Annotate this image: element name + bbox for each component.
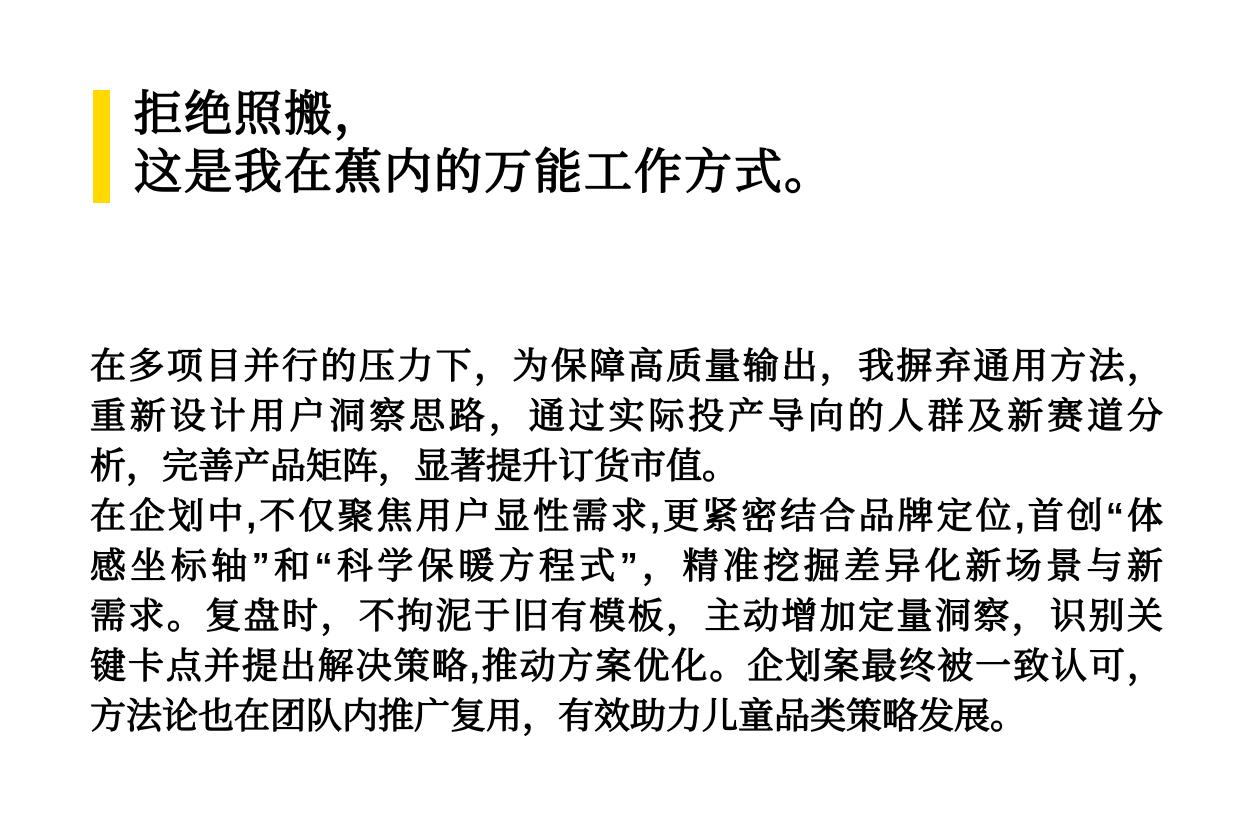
body-line-2: 重新设计用户洞察思路，通过实际投产导向的人群及新赛道分: [90, 391, 1163, 441]
page-title: 拒绝照搬， 这是我在蕉内的万能工作方式。: [134, 86, 834, 202]
body-line-5: 感坐标轴”和“科学保暖方程式”，精准挖掘差异化新场景与新: [90, 541, 1163, 591]
body-line-8: 方法论也在团队内推广复用，有效助力儿童品类策略发展。: [90, 691, 1163, 741]
accent-bar: [93, 90, 110, 203]
body-line-6: 需求。复盘时，不拘泥于旧有模板，主动增加定量洞察，识别关: [90, 591, 1163, 641]
slide-page: 拒绝照搬， 这是我在蕉内的万能工作方式。 在多项目并行的压力下，为保障高质量输出…: [0, 0, 1250, 833]
page-title-line-2: 这是我在蕉内的万能工作方式。: [134, 144, 834, 202]
body-line-3: 析，完善产品矩阵，显著提升订货市值。: [90, 441, 1163, 491]
page-title-line-1: 拒绝照搬，: [134, 86, 834, 144]
body-line-1: 在多项目并行的压力下，为保障高质量输出，我摒弃通用方法，: [90, 341, 1163, 391]
body-paragraph: 在多项目并行的压力下，为保障高质量输出，我摒弃通用方法， 重新设计用户洞察思路，…: [90, 341, 1163, 741]
body-line-4: 在企划中,不仅聚焦用户显性需求,更紧密结合品牌定位,首创“体: [90, 491, 1163, 541]
body-line-7: 键卡点并提出解决策略,推动方案优化。企划案最终被一致认可，: [90, 641, 1163, 691]
